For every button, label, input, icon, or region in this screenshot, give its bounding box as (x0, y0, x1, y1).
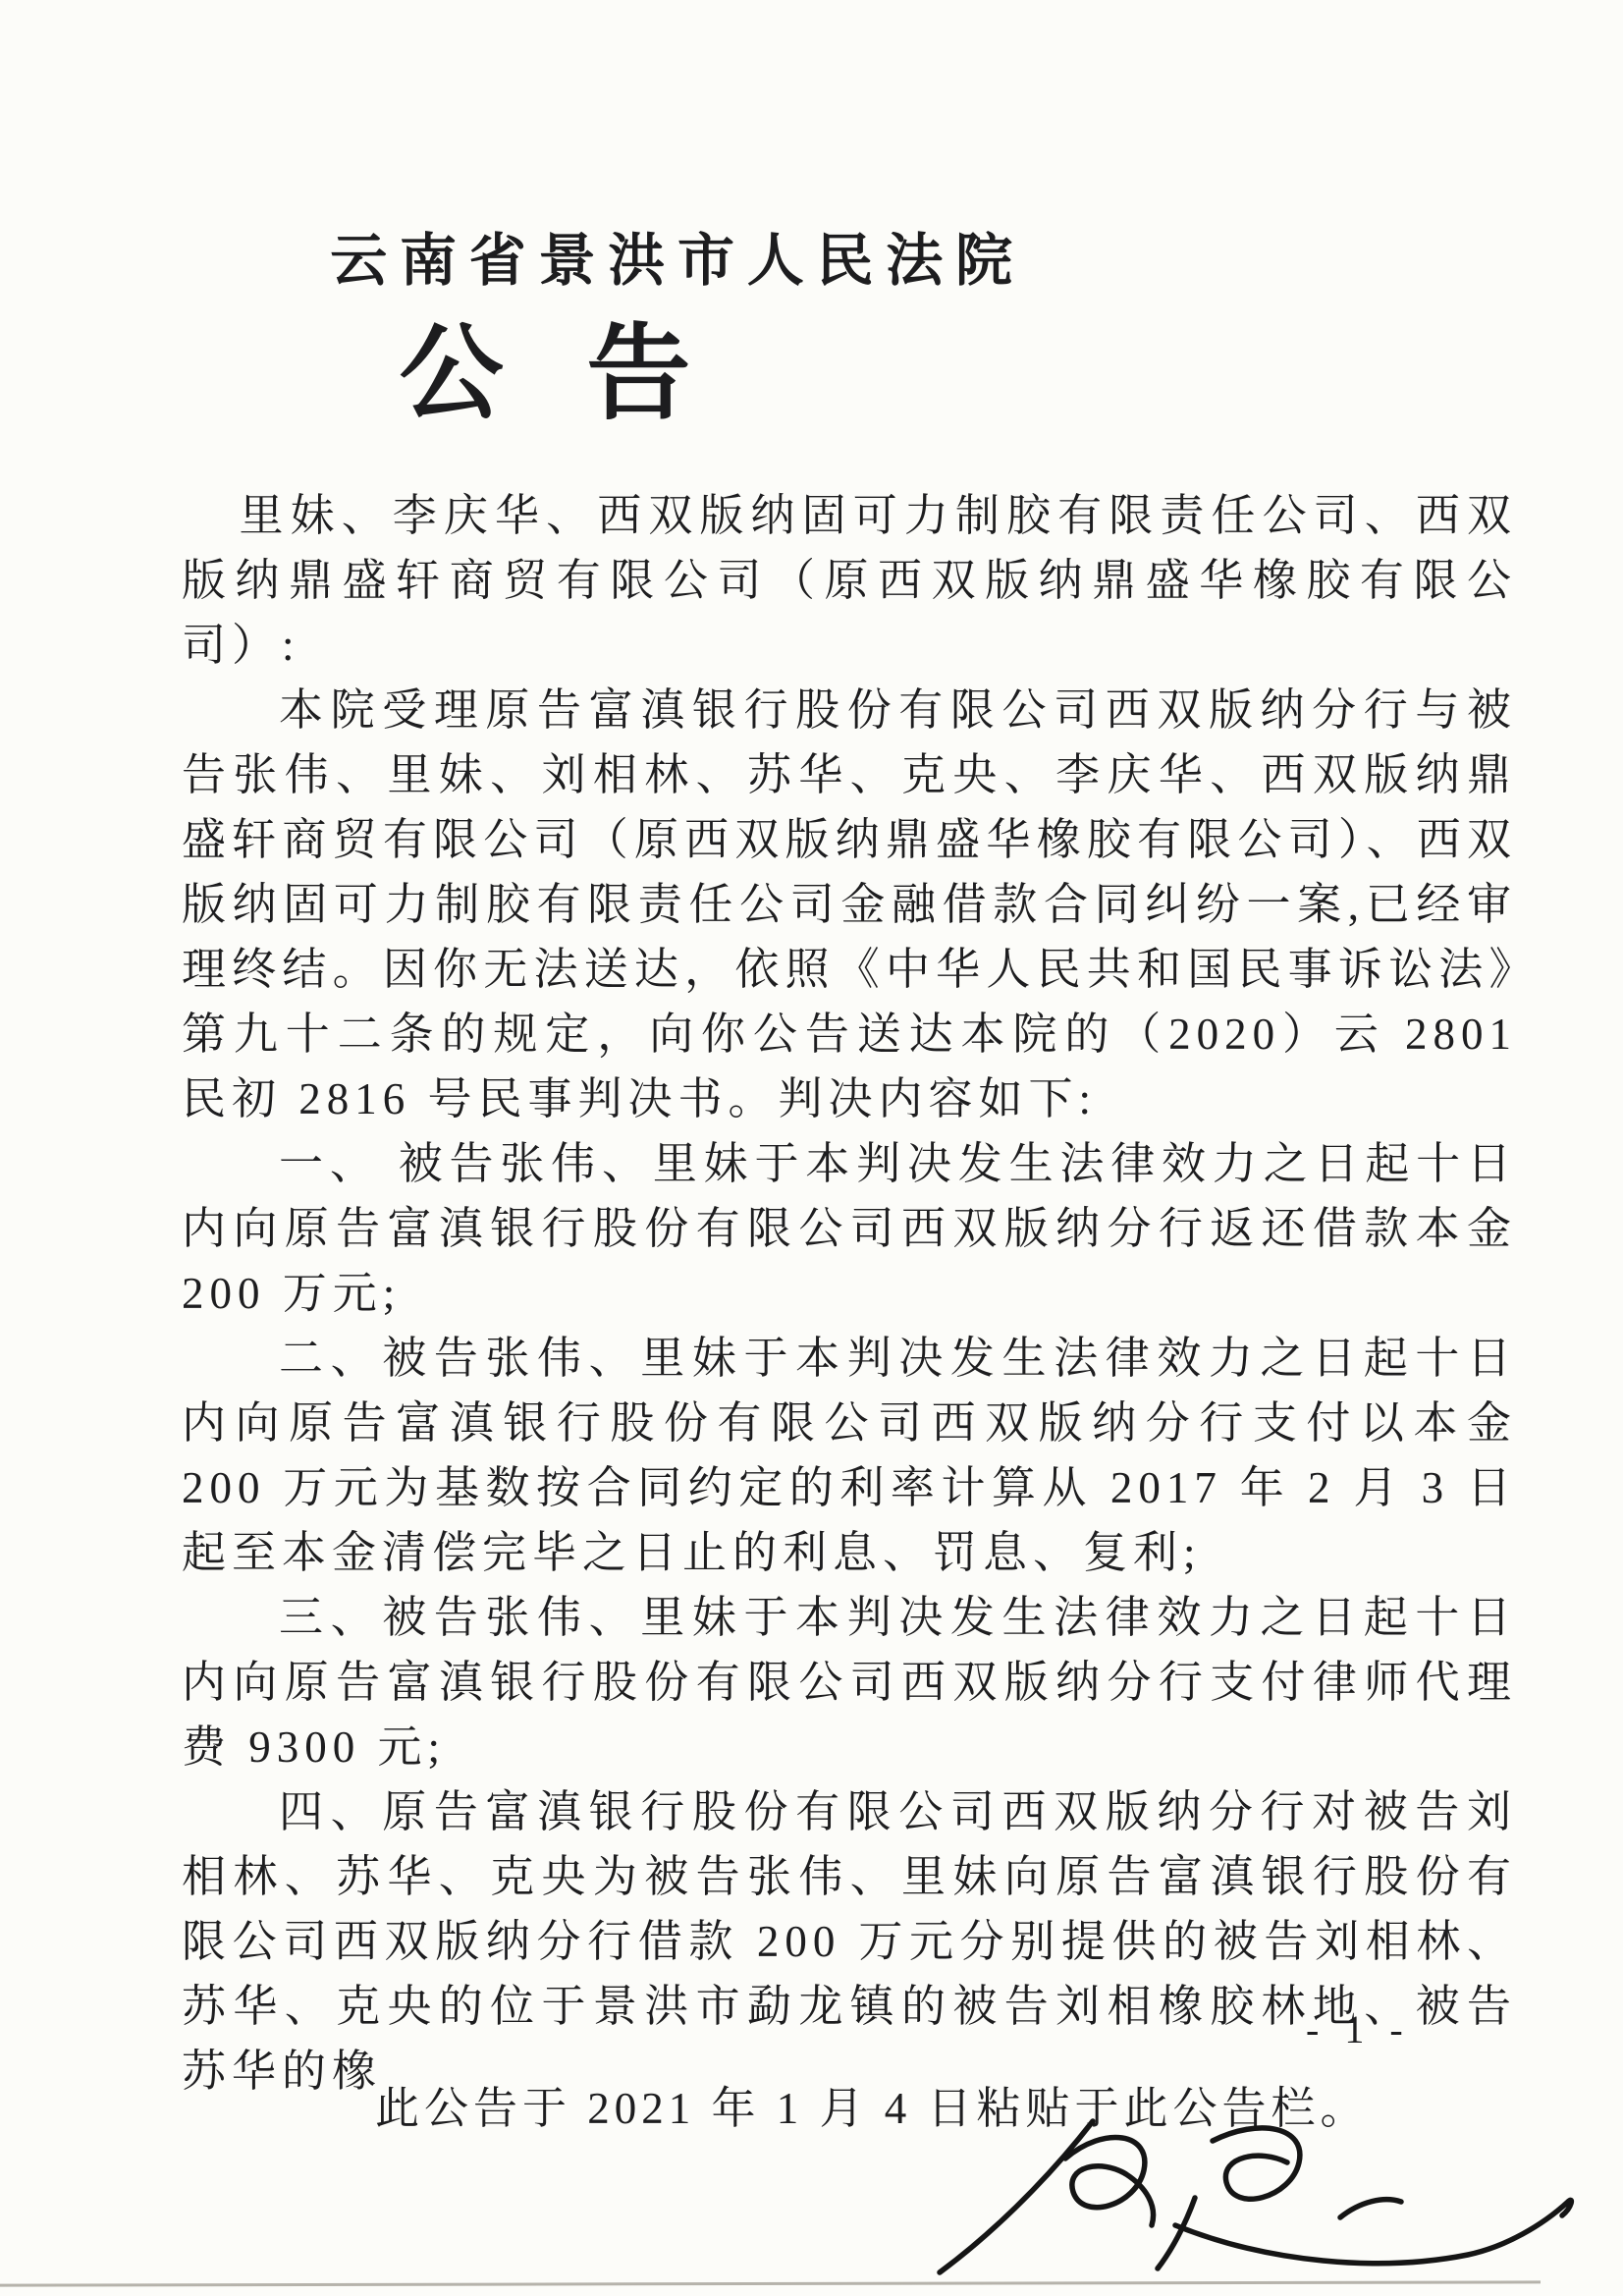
body-paragraph: 本院受理原告富滇银行股份有限公司西双版纳分行与被告张伟、里妹、刘相林、苏华、克央… (182, 678, 1517, 1131)
body-paragraph: 一、 被告张伟、里妹于本判决发生法律效力之日起十日内向原告富滇银行股份有限公司西… (182, 1131, 1517, 1326)
announcement-title: 公 告 (0, 291, 1090, 440)
court-name-heading: 云南省景洪市人民法院 (0, 214, 1355, 297)
page-number: - 1 - (1306, 2006, 1411, 2052)
body-paragraph: 二、被告张伟、里妹于本判决发生法律效力之日起十日内向原告富滇银行股份有限公司西双… (182, 1326, 1517, 1585)
body-paragraph: 四、原告富滇银行股份有限公司西双版纳分行对被告刘相林、苏华、克央为被告张伟、里妹… (182, 1779, 1517, 2104)
handwritten-signature-icon (918, 2100, 1596, 2291)
announcement-body: 里妹、李庆华、西双版纳固可力制胶有限责任公司、西双版纳鼎盛轩商贸有限公司（原西双… (182, 483, 1517, 2104)
document-page: 云南省景洪市人民法院 公 告 里妹、李庆华、西双版纳固可力制胶有限责任公司、西双… (0, 0, 1623, 2296)
body-paragraph: 三、被告张伟、里妹于本判决发生法律效力之日起十日内向原告富滇银行股份有限公司西双… (182, 1585, 1517, 1779)
body-paragraph: 里妹、李庆华、西双版纳固可力制胶有限责任公司、西双版纳鼎盛轩商贸有限公司（原西双… (182, 483, 1517, 678)
